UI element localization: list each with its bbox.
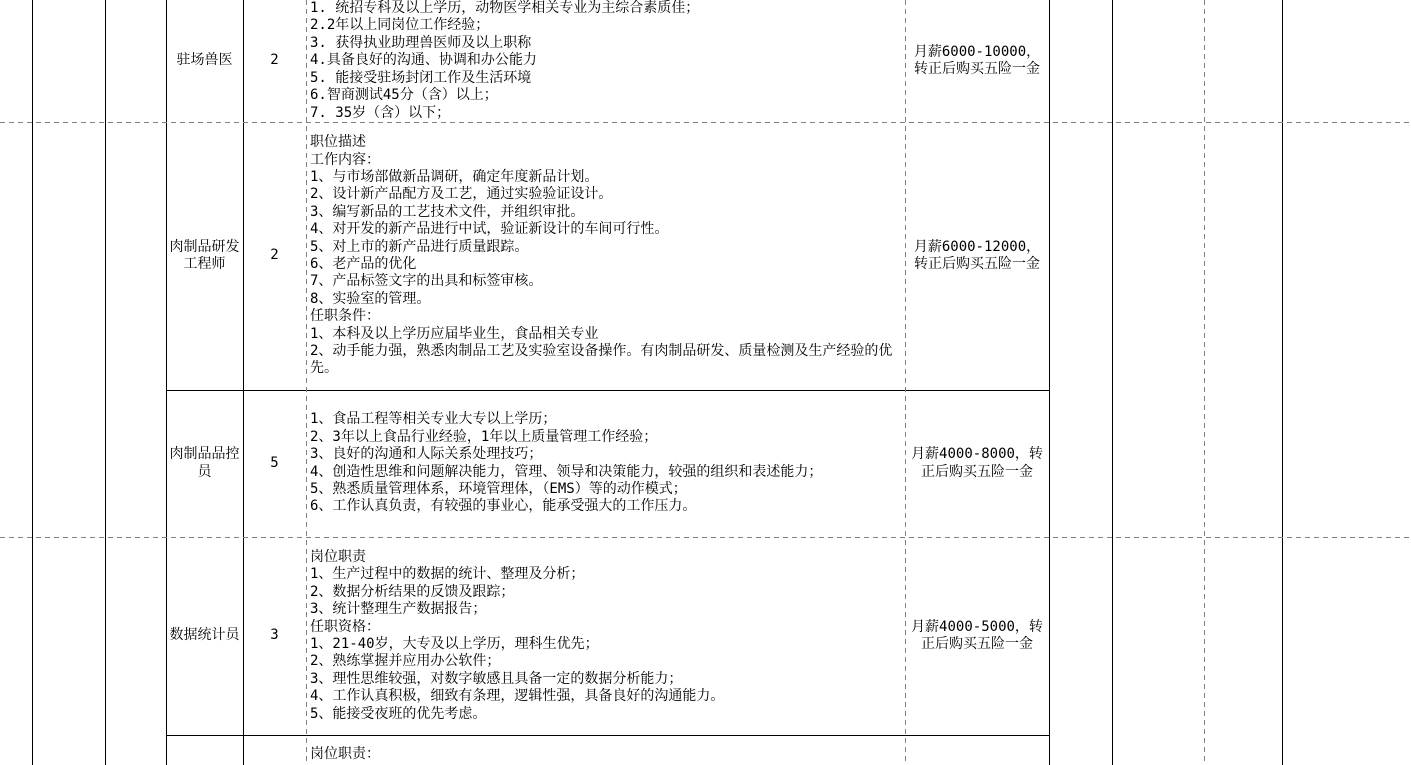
column-border [1112,0,1113,765]
headcount-cell[interactable] [244,735,305,765]
description-cell[interactable]: 岗位职责： [306,735,905,765]
description-cell[interactable]: 职位描述 工作内容： 1、与市场部做新品调研，确定年度新品计划。 2、设计新产品… [306,122,905,390]
column-border [1049,0,1050,765]
page-break-line-horizontal [0,122,1411,123]
headcount-cell[interactable]: 2 [244,122,305,390]
description-cell[interactable]: 1、食品工程等相关专业大专以上学历； 2、3年以上食品行业经验，1年以上质量管理… [306,390,905,537]
column-border [1282,0,1283,765]
page-break-line-vertical [905,0,906,765]
description-cell[interactable]: 岗位职责 1、生产过程中的数据的统计、整理及分析； 2、数据分析结果的反馈及跟踪… [306,537,905,735]
page-break-line-vertical [1204,0,1205,765]
job-title-cell[interactable]: 肉制品研发工程师 [167,122,242,390]
page-break-line-vertical [306,0,307,765]
job-title-cell[interactable]: 驻场兽医 [167,0,242,122]
salary-cell[interactable]: 月薪4000-5000，转正后购买五险一金 [906,537,1048,735]
salary-cell[interactable]: 月薪6000-10000，转正后购买五险一金 [906,0,1048,122]
headcount-cell[interactable]: 3 [244,537,305,735]
salary-cell[interactable]: 月薪4000-8000，转正后购买五险一金 [906,390,1048,537]
page-break-line-horizontal [0,537,1411,538]
description-cell[interactable]: 1. 统招专科及以上学历，动物医学相关专业为主综合素质佳； 2.2年以上同岗位工… [306,0,905,122]
salary-cell[interactable]: 月薪6000-12000，转正后购买五险一金 [906,122,1048,390]
headcount-cell[interactable]: 2 [244,0,305,122]
column-border [32,0,33,765]
job-title-cell[interactable]: 数据统计员 [167,537,242,735]
spreadsheet-canvas: 驻场兽医 2 1. 统招专科及以上学历，动物医学相关专业为主综合素质佳； 2.2… [0,0,1411,765]
salary-cell[interactable] [906,735,1048,765]
job-title-cell[interactable] [167,735,242,765]
column-border [105,0,106,765]
job-title-cell[interactable]: 肉制品品控员 [167,390,242,537]
headcount-cell[interactable]: 5 [244,390,305,537]
